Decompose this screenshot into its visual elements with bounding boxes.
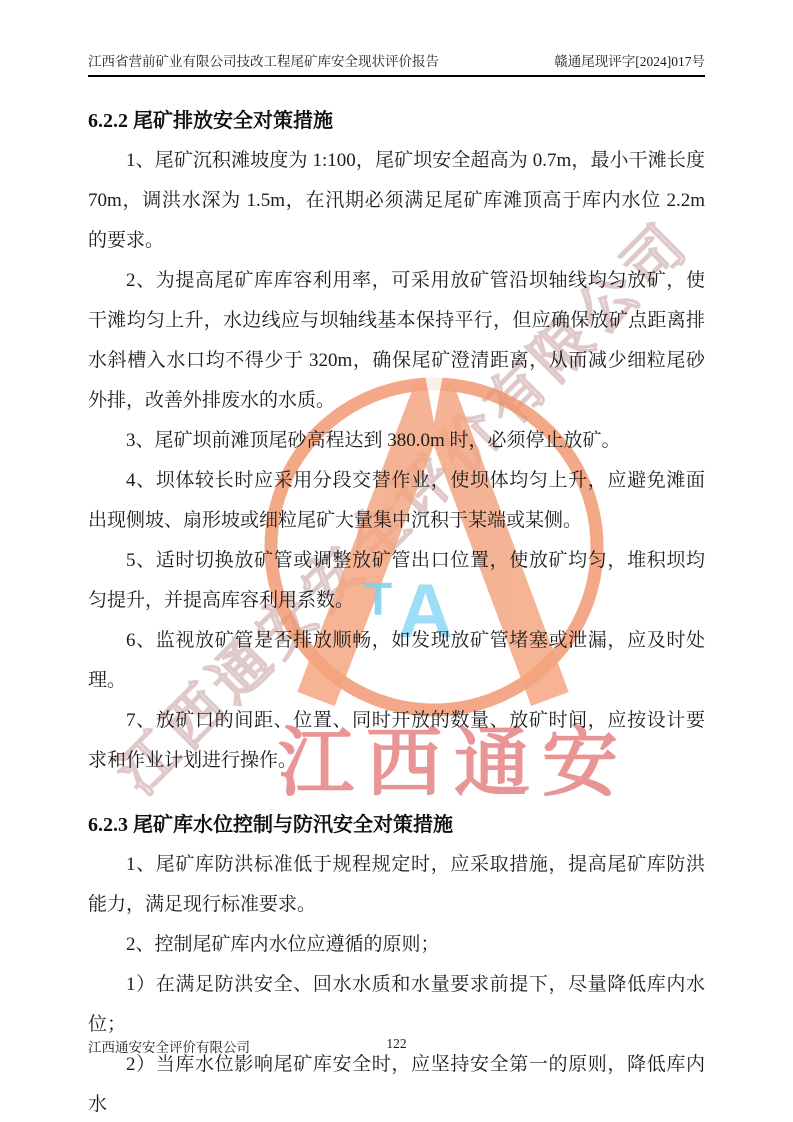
paragraph: 1）在满足防洪安全、回水水质和水量要求前提下，尽量降低库内水位； <box>88 965 705 1045</box>
paragraph: 1、尾矿库防洪标准低于规程规定时，应采取措施，提高尾矿库防洪能力，满足现行标准要… <box>88 845 705 925</box>
header-document-number: 赣通尾现评字[2024]017号 <box>554 50 705 70</box>
paragraph: 1、尾矿沉积滩坡度为 1:100，尾矿坝安全超高为 0.7m，最小干滩长度 70… <box>88 141 705 261</box>
page-number: 122 <box>88 1036 705 1052</box>
page-header: 江西省营前矿业有限公司技改工程尾矿库安全现状评价报告 赣通尾现评字[2024]0… <box>88 50 705 77</box>
section-heading-623: 6.2.3 尾矿库水位控制与防汛安全对策措施 <box>88 808 705 837</box>
paragraph: 7、放矿口的间距、位置、同时开放的数量、放矿时间，应按设计要求和作业计划进行操作… <box>88 701 705 781</box>
paragraph: 6、监视放矿管是否排放顺畅，如发现放矿管堵塞或泄漏，应及时处理。 <box>88 621 705 701</box>
paragraph: 5、适时切换放矿管或调整放矿管出口位置，使放矿均匀，堆积坝均匀提升，并提高库容利… <box>88 541 705 621</box>
section-heading-622: 6.2.2 尾矿排放安全对策措施 <box>88 104 705 133</box>
paragraph: 4、坝体较长时应采用分段交替作业，使坝体均匀上升，应避免滩面出现侧坡、扇形坡或细… <box>88 461 705 541</box>
paragraph: 3、尾矿坝前滩顶尾砂高程达到 380.0m 时，必须停止放矿。 <box>88 421 705 461</box>
paragraph: 2、为提高尾矿库库容利用率，可采用放矿管沿坝轴线均匀放矿，使干滩均匀上升，水边线… <box>88 261 705 421</box>
paragraph: 2、控制尾矿库内水位应遵循的原则； <box>88 925 705 965</box>
header-report-title: 江西省营前矿业有限公司技改工程尾矿库安全现状评价报告 <box>88 50 439 70</box>
document-page: 江西通安安全评价有限公司 T A 江西通安 江西省营前矿业有限公司技改工程尾矿库… <box>0 0 793 1122</box>
paragraph: 2）当库水位影响尾矿库安全时，应坚持安全第一的原则，降低库内水 <box>88 1045 705 1122</box>
page-content: 江西省营前矿业有限公司技改工程尾矿库安全现状评价报告 赣通尾现评字[2024]0… <box>0 0 793 1122</box>
